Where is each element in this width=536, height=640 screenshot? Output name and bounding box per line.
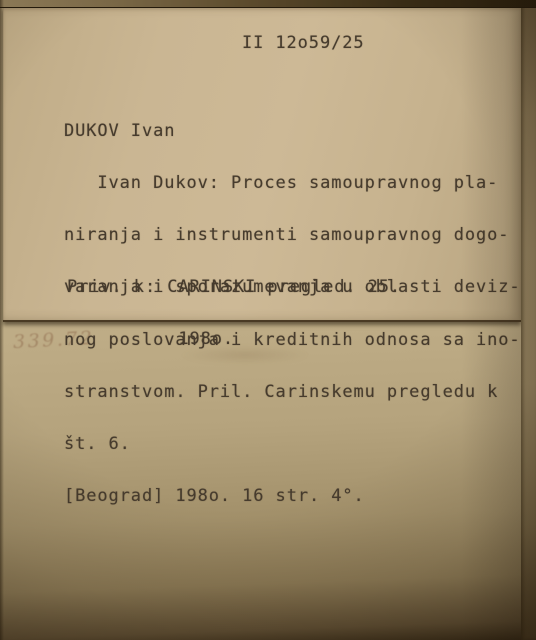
imprint-line: [Beograd] 198o. 16 str. 4°. [64,488,521,505]
tray-left-edge [0,0,4,640]
holding-note: Priv. k: CARINSKI pregled. 25. 198o. [67,244,401,383]
holding-note-line: Priv. k: CARINSKI pregled. 25. [67,279,401,296]
call-number: II 12o59/25 [242,33,364,53]
holding-note-line: 198o. [67,331,401,348]
typed-line: Ivan Dukov: Proces samoupravnog pla- [64,175,521,192]
tray-top-edge [0,0,536,8]
tray-right-side [521,0,536,640]
author-heading: DUKOV Ivan [64,123,521,140]
issue-number-line: št. 6. [64,436,521,453]
typed-line: niranja i instrumenti samoupravnog dogo- [64,227,521,244]
catalog-card: II 12o59/25 DUKOV Ivan Ivan Dukov: Proce… [3,7,521,322]
catalog-card-photo: II 12o59/25 DUKOV Ivan Ivan Dukov: Proce… [0,0,536,640]
typed-line: stranstvom. Pril. Carinskemu pregledu k [64,384,521,401]
